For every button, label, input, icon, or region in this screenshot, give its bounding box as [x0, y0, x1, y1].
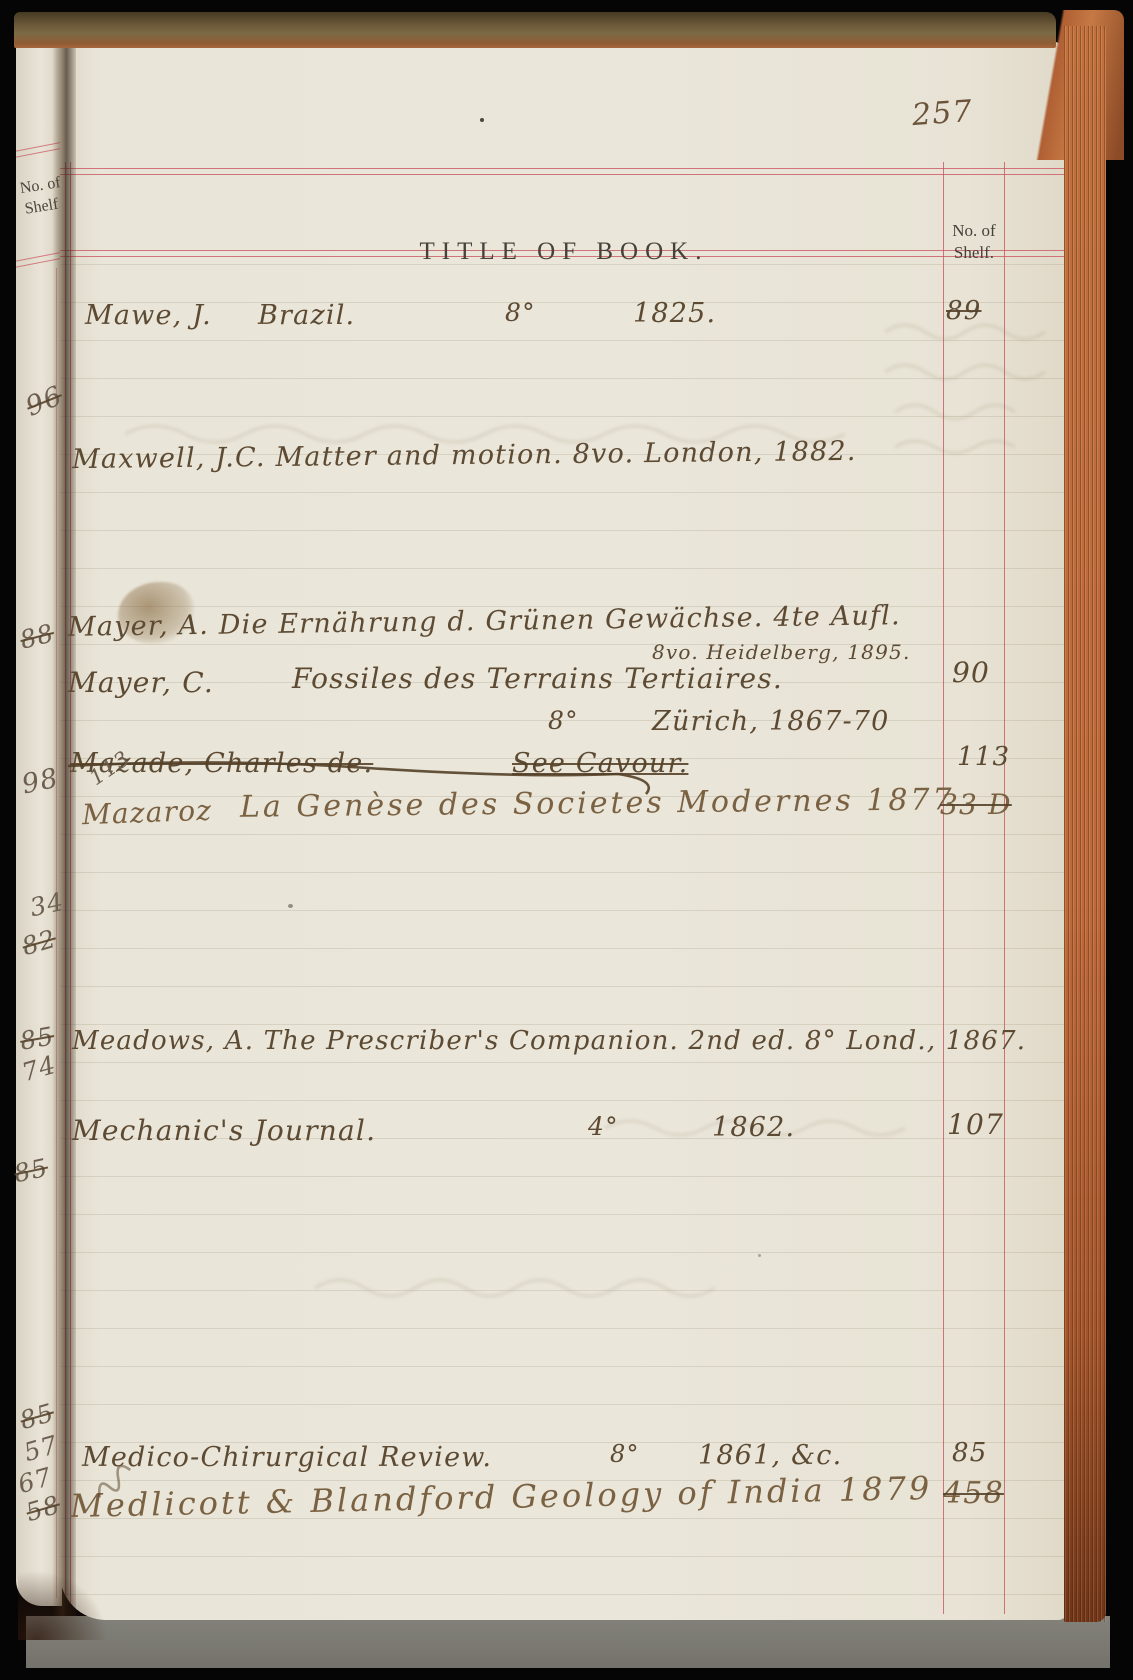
entry-year: 1825. [633, 298, 716, 329]
entry-year: 1861, &c. [698, 1440, 842, 1471]
entry-author: Mazaroz [81, 794, 212, 832]
entry-size: 4° [588, 1112, 619, 1141]
entry-size: 8° [505, 298, 536, 327]
entry-year: 1862. [712, 1112, 795, 1143]
gutter-scribble [88, 1455, 138, 1501]
entry-author: Mayer, C. [68, 666, 214, 699]
shelf-number: 33 D [940, 788, 1012, 821]
catalog-page: TITLE OF BOOK. No. of Shelf. [60, 42, 1068, 1620]
shelf-number: 113 [957, 742, 1010, 772]
book-gutter [52, 34, 76, 1616]
shelf-number: 458 [943, 1476, 1004, 1511]
shelf-number: 107 [947, 1108, 1004, 1141]
entry-title: Fossiles des Terrains Tertiaires. [292, 662, 783, 695]
entry-title: Brazil. [258, 300, 355, 331]
shelf-column-header: No. of Shelf. [945, 220, 1003, 264]
entry-text: Meadows, A. The Prescriber's Companion. … [72, 1026, 1026, 1056]
table-surface [26, 1616, 1110, 1668]
speck [288, 904, 293, 908]
shelf-number: 89 [946, 296, 981, 326]
scanned-ledger-photo: No. of Shelf. TITLE OF BOOK. No. of Shel… [0, 0, 1133, 1680]
entry-size: 8° [610, 1440, 640, 1468]
entry-author: Mechanic's Journal. [72, 1114, 376, 1147]
entry-size: 8° [548, 706, 579, 735]
speck [758, 1254, 761, 1257]
entry-imprint: 8vo. Heidelberg, 1895. [652, 640, 911, 664]
book-cover-top-edge [14, 12, 1056, 48]
title-of-book-header: TITLE OF BOOK. [60, 238, 1068, 266]
strikethrough-line [66, 750, 686, 796]
entry-author: Mawe, J. [85, 300, 212, 331]
shelf-number: 85 [952, 1438, 987, 1468]
shelf-number: 90 [952, 656, 990, 689]
entry-imprint: Zürich, 1867-70 [652, 706, 890, 737]
bleed-through-writing [310, 1268, 740, 1308]
gutter-bottom-shadow [18, 1570, 108, 1640]
entry-author: Medico-Chirurgical Review. [82, 1442, 492, 1473]
speck [480, 118, 484, 122]
page-fore-edge [1064, 26, 1106, 1622]
page-number: 257 [911, 94, 974, 133]
